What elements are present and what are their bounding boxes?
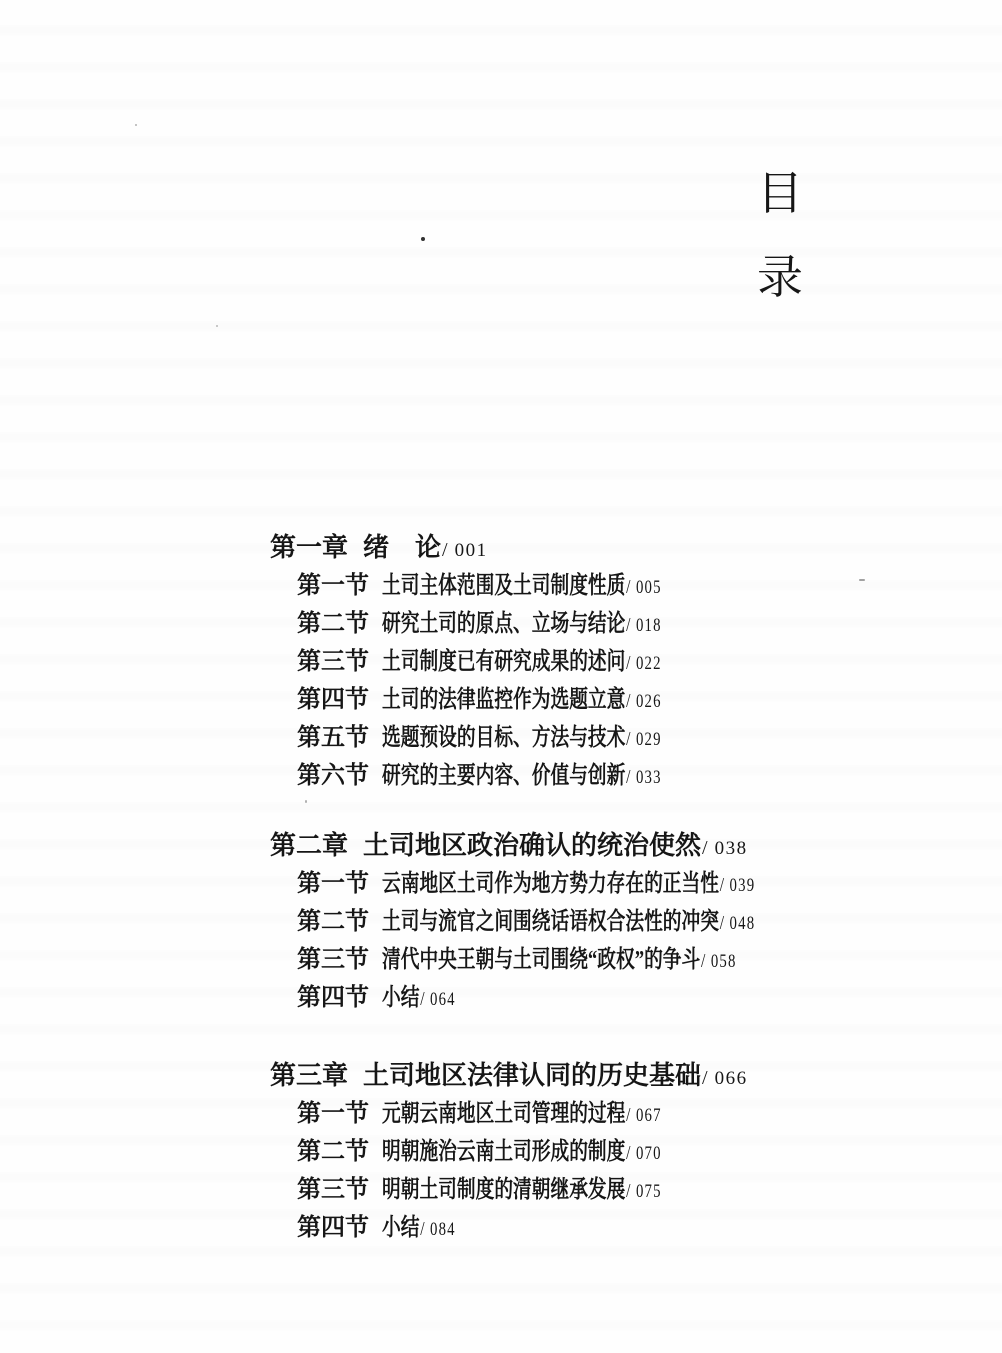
page-separator: /: [442, 539, 448, 561]
table-of-contents: 第一章绪 论/001 第一节土司主体范围及土司制度性质/005 第二节研究土司的…: [0, 529, 1002, 1247]
section-title: 研究的主要内容、价值与创新: [382, 763, 625, 789]
toc-section-row: 第四节小结/064: [0, 979, 1002, 1017]
section-number: 第一节: [297, 1101, 369, 1127]
page-number: 067: [636, 1105, 662, 1126]
section-title: 云南地区土司作为地方势力存在的正当性: [382, 871, 719, 897]
section-title: 清代中央王朝与土司围绕“政权”的争斗: [382, 947, 700, 973]
section-title: 土司的法律监控作为选题立意: [382, 687, 625, 713]
section-number: 第二节: [297, 909, 369, 935]
section-number: 第四节: [297, 985, 369, 1011]
page-number: 058: [711, 951, 737, 972]
page-number: 084: [430, 1219, 456, 1240]
section-number: 第一节: [297, 871, 369, 897]
title-char-top: 目: [736, 152, 824, 236]
toc-section-row: 第四节小结/084: [0, 1209, 1002, 1247]
page-separator: /: [720, 912, 724, 934]
toc-section-row: 第一节土司主体范围及土司制度性质/005: [0, 567, 1002, 605]
section-number: 第一节: [297, 573, 369, 599]
toc-section-row: 第三节清代中央王朝与土司围绕“政权”的争斗/058: [0, 941, 1002, 979]
toc-section-row: 第二节土司与流官之间围绕话语权合法性的冲突/048: [0, 903, 1002, 941]
page-number: 005: [636, 577, 662, 598]
section-number: 第三节: [297, 649, 369, 675]
page-separator: /: [626, 728, 630, 750]
scanned-toc-page: 目 录 第一章绪 论/001 第一节土司主体范围及土司制度性质/005 第二节研…: [0, 0, 1002, 1353]
scan-speck: [421, 237, 425, 241]
toc-section-row: 第六节研究的主要内容、价值与创新/033: [0, 757, 1002, 795]
page-separator: /: [626, 766, 630, 788]
chapter-title: 绪 论: [363, 533, 441, 562]
section-number: 第五节: [297, 725, 369, 751]
page-number: 070: [636, 1143, 662, 1164]
page-separator: /: [626, 690, 630, 712]
page-number: 018: [636, 615, 662, 636]
toc-section-row: 第一节元朝云南地区土司管理的过程/067: [0, 1095, 1002, 1133]
page-separator: /: [702, 1067, 708, 1089]
chapter-title: 土司地区法律认同的历史基础: [363, 1061, 701, 1090]
page-number: 026: [636, 691, 662, 712]
section-title: 土司与流官之间围绕话语权合法性的冲突: [382, 909, 719, 935]
page-number: 064: [430, 989, 456, 1010]
page-separator: /: [420, 1218, 424, 1240]
section-number: 第二节: [297, 611, 369, 637]
toc-section-row: 第五节选题预设的目标、方法与技术/029: [0, 719, 1002, 757]
page-separator: /: [626, 1180, 630, 1202]
page-number: 075: [636, 1181, 662, 1202]
page-separator: /: [701, 950, 705, 972]
toc-chapter-row: 第三章土司地区法律认同的历史基础/066: [0, 1057, 1002, 1095]
page-number: 022: [636, 653, 662, 674]
section-title: 明朝施治云南土司形成的制度: [382, 1139, 625, 1165]
toc-section-row: 第三节明朝土司制度的清朝继承发展/075: [0, 1171, 1002, 1209]
chapter-number: 第三章: [270, 1061, 348, 1090]
section-number: 第六节: [297, 763, 369, 789]
page-number: 001: [455, 540, 488, 561]
page-separator: /: [626, 1142, 630, 1164]
section-title: 研究土司的原点、立场与结论: [382, 611, 625, 637]
toc-section-row: 第三节土司制度已有研究成果的述问/022: [0, 643, 1002, 681]
section-title: 土司制度已有研究成果的述问: [382, 649, 625, 675]
page-number: 038: [715, 838, 748, 859]
section-number: 第三节: [297, 947, 369, 973]
title-char-bottom: 录: [736, 236, 824, 320]
section-title: 元朝云南地区土司管理的过程: [382, 1101, 625, 1127]
section-title: 选题预设的目标、方法与技术: [382, 725, 625, 751]
section-number: 第三节: [297, 1177, 369, 1203]
page-separator: /: [702, 837, 708, 859]
page-separator: /: [420, 988, 424, 1010]
section-number: 第二节: [297, 1139, 369, 1165]
chapter-number: 第一章: [270, 533, 348, 562]
toc-section-row: 第二节研究土司的原点、立场与结论/018: [0, 605, 1002, 643]
page-number: 033: [636, 767, 662, 788]
chapter-title: 土司地区政治确认的统治使然: [363, 831, 701, 860]
section-number: 第四节: [297, 687, 369, 713]
section-number: 第四节: [297, 1215, 369, 1241]
page-separator: /: [626, 1104, 630, 1126]
toc-section-row: 第四节土司的法律监控作为选题立意/026: [0, 681, 1002, 719]
chapter-number: 第二章: [270, 831, 348, 860]
page-separator: /: [626, 614, 630, 636]
scan-speck: [135, 124, 137, 126]
page-number: 048: [730, 913, 756, 934]
page-number: 066: [715, 1068, 748, 1089]
page-separator: /: [626, 576, 630, 598]
toc-section-row: 第一节云南地区土司作为地方势力存在的正当性/039: [0, 865, 1002, 903]
toc-chapter-row: 第一章绪 论/001: [0, 529, 1002, 567]
section-title: 小结: [382, 985, 419, 1011]
page-separator: /: [626, 652, 630, 674]
scan-speck: [216, 325, 218, 327]
page-number: 029: [636, 729, 662, 750]
section-title: 土司主体范围及土司制度性质: [382, 573, 625, 599]
toc-section-row: 第二节明朝施治云南土司形成的制度/070: [0, 1133, 1002, 1171]
section-title: 小结: [382, 1215, 419, 1241]
page-separator: /: [720, 874, 724, 896]
section-title: 明朝土司制度的清朝继承发展: [382, 1177, 625, 1203]
page-number: 039: [730, 875, 756, 896]
toc-chapter-row: 第二章土司地区政治确认的统治使然/038: [0, 827, 1002, 865]
page-title: 目 录: [736, 152, 824, 320]
